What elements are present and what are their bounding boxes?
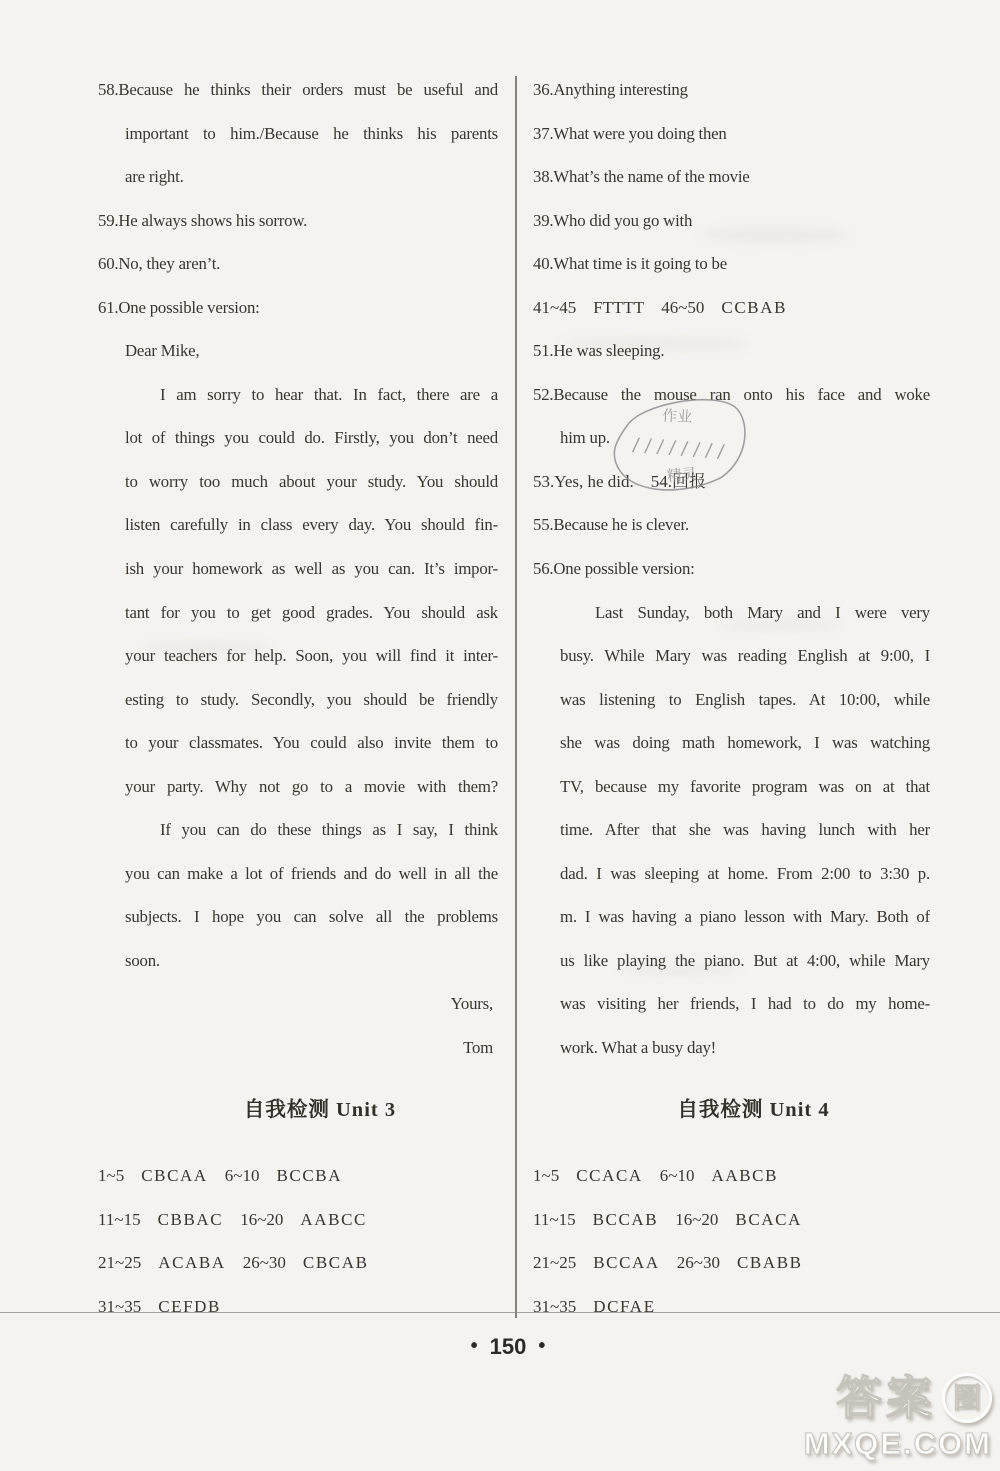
text-line: Yours, [98, 982, 498, 1026]
text-line: 40.What time is it going to be [533, 242, 930, 286]
answer-letters: AABCB [711, 1166, 778, 1185]
text-line: to worry too much about your study. You … [98, 460, 498, 504]
answer-row: 21~25ACABA26~30CBCAB [98, 1241, 498, 1285]
text-line: Tom [98, 1026, 498, 1070]
answer-letters: AABCC [300, 1210, 367, 1229]
answer-range: 16~20 [240, 1210, 283, 1229]
answer-letters: CCACA [576, 1166, 643, 1185]
answer-letters: CEFDB [158, 1297, 221, 1316]
answer-range: 26~30 [677, 1253, 720, 1272]
answer-range: 21~25 [533, 1253, 576, 1272]
text-line: was listening to English tapes. At 10:00… [533, 678, 930, 722]
text-line: your teachers for help. Soon, you will f… [98, 634, 498, 678]
text-line: Dear Mike, [98, 329, 498, 373]
section-title: 自我检测 Unit 3 [98, 1089, 498, 1133]
stamp-scribble [631, 430, 725, 466]
stamp-bottom-text: 精灵 [666, 466, 697, 486]
text-line: I am sorry to hear that. In fact, there … [98, 373, 498, 417]
answer-letters: CCBAB [721, 298, 787, 317]
text-line: 55.Because he is clever. [533, 503, 930, 547]
text-line: 51.He was sleeping. [533, 329, 930, 373]
text-line: you can make a lot of friends and do wel… [98, 852, 498, 896]
answer-range: 11~15 [98, 1210, 141, 1229]
page-number-dot-right: • [538, 1335, 545, 1357]
text-line: m. I was having a piano lesson with Mary… [533, 895, 930, 939]
answer-range: FTTTT [593, 298, 644, 317]
answer-range: 1~5 [533, 1166, 559, 1185]
answer-row: 31~35DCFAE [533, 1285, 930, 1329]
text-line: listen carefully in class every day. You… [98, 503, 498, 547]
grading-stamp: 作业 精灵 [602, 386, 758, 501]
answer-row: 11~15BCCAB16~20BCACA [533, 1198, 930, 1242]
answer-letters: CBCAB [303, 1253, 369, 1272]
text-line: 59.He always shows his sorrow. [98, 199, 498, 243]
answer-row: 41~45FTTTT46~50CCBAB [533, 286, 930, 330]
text-line: busy. While Mary was reading English at … [533, 634, 930, 678]
text-line: work. What a busy day! [533, 1026, 930, 1070]
left-column: 58.Because he thinks their orders must b… [98, 68, 498, 1328]
text-line: to your classmates. You could also invit… [98, 721, 498, 765]
answer-range: 1~5 [98, 1166, 124, 1185]
text-line: tant for you to get good grades. You sho… [98, 591, 498, 635]
text-line: lot of things you could do. Firstly, you… [98, 416, 498, 460]
text-line: 37.What were you doing then [533, 112, 930, 156]
stamp-top-text: 作业 [662, 408, 693, 427]
text-line: time. After that she was having lunch wi… [533, 808, 930, 852]
scanned-page: { "page": { "number": "150" }, "left_col… [0, 0, 1000, 1471]
answer-range: 16~20 [675, 1210, 718, 1229]
answer-range: 31~35 [98, 1297, 141, 1316]
answer-letters: BCCBA [276, 1166, 342, 1185]
answer-letters: CBABB [737, 1253, 803, 1272]
text-line: she was doing math homework, I was watch… [533, 721, 930, 765]
column-divider [515, 76, 517, 1318]
text-line: Last Sunday, both Mary and I were very [533, 591, 930, 635]
text-line: 60.No, they aren’t. [98, 242, 498, 286]
text-line: 56.One possible version: [533, 547, 930, 591]
section-title: 自我检测 Unit 4 [533, 1089, 930, 1133]
text-line: 61.One possible version: [98, 286, 498, 330]
answer-range: 41~45 [533, 298, 576, 317]
page-number-value: 150 [490, 1334, 527, 1359]
watermark-site: MXQE.COM [672, 1426, 992, 1462]
answer-range: 6~10 [225, 1166, 260, 1185]
text-line: 38.What’s the name of the movie [533, 155, 930, 199]
answer-letters: ACABA [158, 1253, 226, 1272]
answer-row: 1~5CCACA6~10AABCB [533, 1154, 930, 1198]
answer-letters: DCFAE [593, 1297, 655, 1316]
text-line: dad. I was sleeping at home. From 2:00 t… [533, 852, 930, 896]
answer-letters: CBCAA [141, 1166, 208, 1185]
text-line: was visiting her friends, I had to do my… [533, 982, 930, 1026]
right-column: 36.Anything interesting37.What were you … [533, 68, 930, 1328]
text-line: important to him./Because he thinks his … [98, 112, 498, 156]
text-line: If you can do these things as I say, I t… [98, 808, 498, 852]
answer-range: 26~30 [243, 1253, 286, 1272]
text-line: TV, because my favorite program was on a… [533, 765, 930, 809]
text-line: 36.Anything interesting [533, 68, 930, 112]
page-number: •150• [418, 1334, 598, 1360]
answer-row: 21~25BCCAA26~30CBABB [533, 1241, 930, 1285]
text-line: your party. Why not go to a movie with t… [98, 765, 498, 809]
text-line: subjects. I hope you can solve all the p… [98, 895, 498, 939]
answer-range: 6~10 [660, 1166, 695, 1185]
text-line: 39.Who did you go with [533, 199, 930, 243]
answer-range: 46~50 [661, 298, 704, 317]
text-line: 58.Because he thinks their orders must b… [98, 68, 498, 112]
text-line: ish your homework as well as you can. It… [98, 547, 498, 591]
answer-letters: BCCAB [593, 1210, 659, 1229]
answer-range: 21~25 [98, 1253, 141, 1272]
answer-range: 31~35 [533, 1297, 576, 1316]
watermark-brand-row: 答案 圈 [672, 1372, 992, 1424]
watermark: 答案 圈 MXQE.COM [672, 1372, 992, 1462]
text-line: us like playing the piano. But at 4:00, … [533, 939, 930, 983]
text-line: are right. [98, 155, 498, 199]
answer-letters: BCCAA [593, 1253, 660, 1272]
answer-letters: CBBAC [158, 1210, 224, 1229]
page-number-dot-left: • [471, 1335, 478, 1357]
answer-row: 11~15CBBAC16~20AABCC [98, 1198, 498, 1242]
answer-row: 31~35CEFDB [98, 1285, 498, 1329]
answer-range: 11~15 [533, 1210, 576, 1229]
watermark-circle: 圈 [942, 1373, 992, 1423]
answer-letters: BCACA [735, 1210, 802, 1229]
text-line: soon. [98, 939, 498, 983]
watermark-brand: 答案 [836, 1372, 936, 1424]
answer-row: 1~5CBCAA6~10BCCBA [98, 1154, 498, 1198]
text-line: esting to study. Secondly, you should be… [98, 678, 498, 722]
